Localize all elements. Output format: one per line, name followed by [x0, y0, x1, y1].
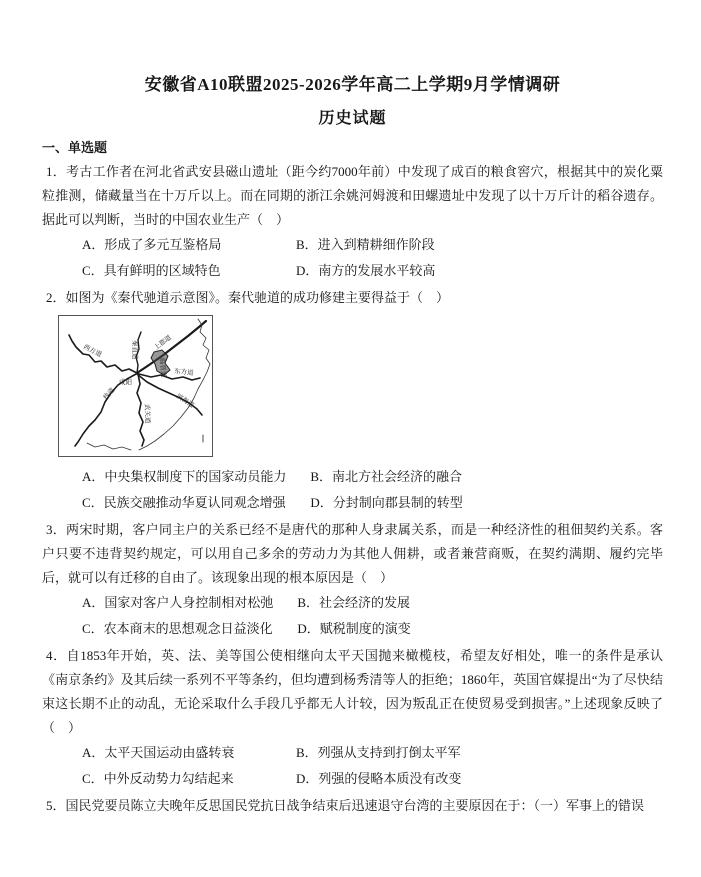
- question-5-stem: 5．国民党要员陈立夫晚年反思国民党抗日战争结束后迅速退守台湾的主要原因在于：（一…: [42, 794, 663, 818]
- option-c: C．民族交融推动华夏认同观念增强: [82, 490, 286, 516]
- map-label-west-road: 西方道: [82, 342, 104, 359]
- question-4-options: A．太平天国运动由盛转衰 B．列强从支持到打倒太平军 C．中外反动势力勾结起来 …: [42, 740, 663, 792]
- exam-title: 安徽省A10联盟2025-2026学年高二上学期9月学情调研: [42, 74, 663, 96]
- option-d: D．赋税制度的演变: [297, 616, 410, 642]
- option-d: D．南方的发展水平较高: [296, 258, 435, 284]
- option-d: D．列强的侵略本质没有改变: [296, 766, 461, 792]
- option-b: B．社会经济的发展: [297, 590, 410, 616]
- option-b: B．南北方社会经济的融合: [310, 464, 462, 490]
- map-label-xianyang-city: 咸阳: [119, 377, 133, 386]
- section-heading: 一、单选题: [42, 139, 663, 157]
- map-road-northeast: [137, 321, 206, 373]
- question-1: 1．考古工作者在河北省武安县磁山遗址（距今约7000年前）中发现了成百的粮食窖穴…: [42, 160, 663, 284]
- option-c: C．中外反动势力勾结起来: [82, 766, 272, 792]
- question-1-options: A．形成了多元互鉴格局 B．进入到精耕细作阶段 C．具有鲜明的区域特色 D．南方…: [42, 232, 663, 284]
- question-3: 3．两宋时期，客户同主户的关系已经不是唐代的那种人身隶属关系，而是一种经济性的租…: [42, 518, 663, 642]
- map-coastline-south: [87, 443, 131, 450]
- map-road-west: [69, 335, 137, 373]
- map-label-straight-road: 秦直道: [131, 340, 140, 360]
- qin-roads-map: 西方道 秦直道 上郡道 临晋道 东方道 滨海道 栈道 武关道 咸阳: [58, 315, 213, 457]
- map-label-plank-road: 栈道: [101, 385, 117, 401]
- question-4: 4．自1853年开始，英、法、美等国公使相继向太平天国抛来橄榄枝，希望友好相处，…: [42, 644, 663, 792]
- exam-page: 安徽省A10联盟2025-2026学年高二上学期9月学情调研 历史试题 一、单选…: [0, 0, 701, 877]
- option-a: A．形成了多元互鉴格局: [82, 232, 272, 258]
- question-2: 2．如图为《秦代驰道示意图》。秦代驰道的成功修建主要得益于（ ）: [42, 286, 663, 516]
- option-d: D．分封制向郡县制的转型: [310, 490, 462, 516]
- map-label-east-road: 东方道: [174, 366, 195, 377]
- option-c: C．农本商末的思想观念日益淡化: [82, 616, 273, 642]
- option-b: B．进入到精耕细作阶段: [296, 232, 435, 258]
- map-road-south: [137, 374, 144, 446]
- question-2-stem: 2．如图为《秦代驰道示意图》。秦代驰道的成功修建主要得益于（ ）: [42, 286, 663, 310]
- exam-subtitle: 历史试题: [42, 108, 663, 129]
- option-a: A．国家对客户人身控制相对松弛: [82, 590, 273, 616]
- question-2-options: A．中央集权制度下的国家动员能力 B．南北方社会经济的融合 C．民族交融推动华夏…: [42, 464, 663, 516]
- question-4-stem: 4．自1853年开始，英、法、美等国公使相继向太平天国抛来橄榄枝，希望友好相处，…: [42, 644, 663, 740]
- map-label-wuguan-road: 武关道: [143, 404, 153, 424]
- option-b: B．列强从支持到打倒太平军: [296, 740, 461, 766]
- option-c: C．具有鲜明的区域特色: [82, 258, 272, 284]
- option-a: A．太平天国运动由盛转衰: [82, 740, 272, 766]
- question-1-stem: 1．考古工作者在河北省武安县磁山遗址（距今约7000年前）中发现了成百的粮食窖穴…: [42, 160, 663, 232]
- question-5: 5．国民党要员陈立夫晚年反思国民党抗日战争结束后迅速退守台湾的主要原因在于：（一…: [42, 794, 663, 818]
- qin-roads-map-svg: 西方道 秦直道 上郡道 临晋道 东方道 滨海道 栈道 武关道 咸阳: [59, 316, 212, 456]
- question-3-options: A．国家对客户人身控制相对松弛 B．社会经济的发展 C．农本商末的思想观念日益淡…: [42, 590, 663, 642]
- question-3-stem: 3．两宋时期，客户同主户的关系已经不是唐代的那种人身隶属关系，而是一种经济性的租…: [42, 518, 663, 590]
- map-coastline: [139, 319, 210, 450]
- option-a: A．中央集权制度下的国家动员能力: [82, 464, 286, 490]
